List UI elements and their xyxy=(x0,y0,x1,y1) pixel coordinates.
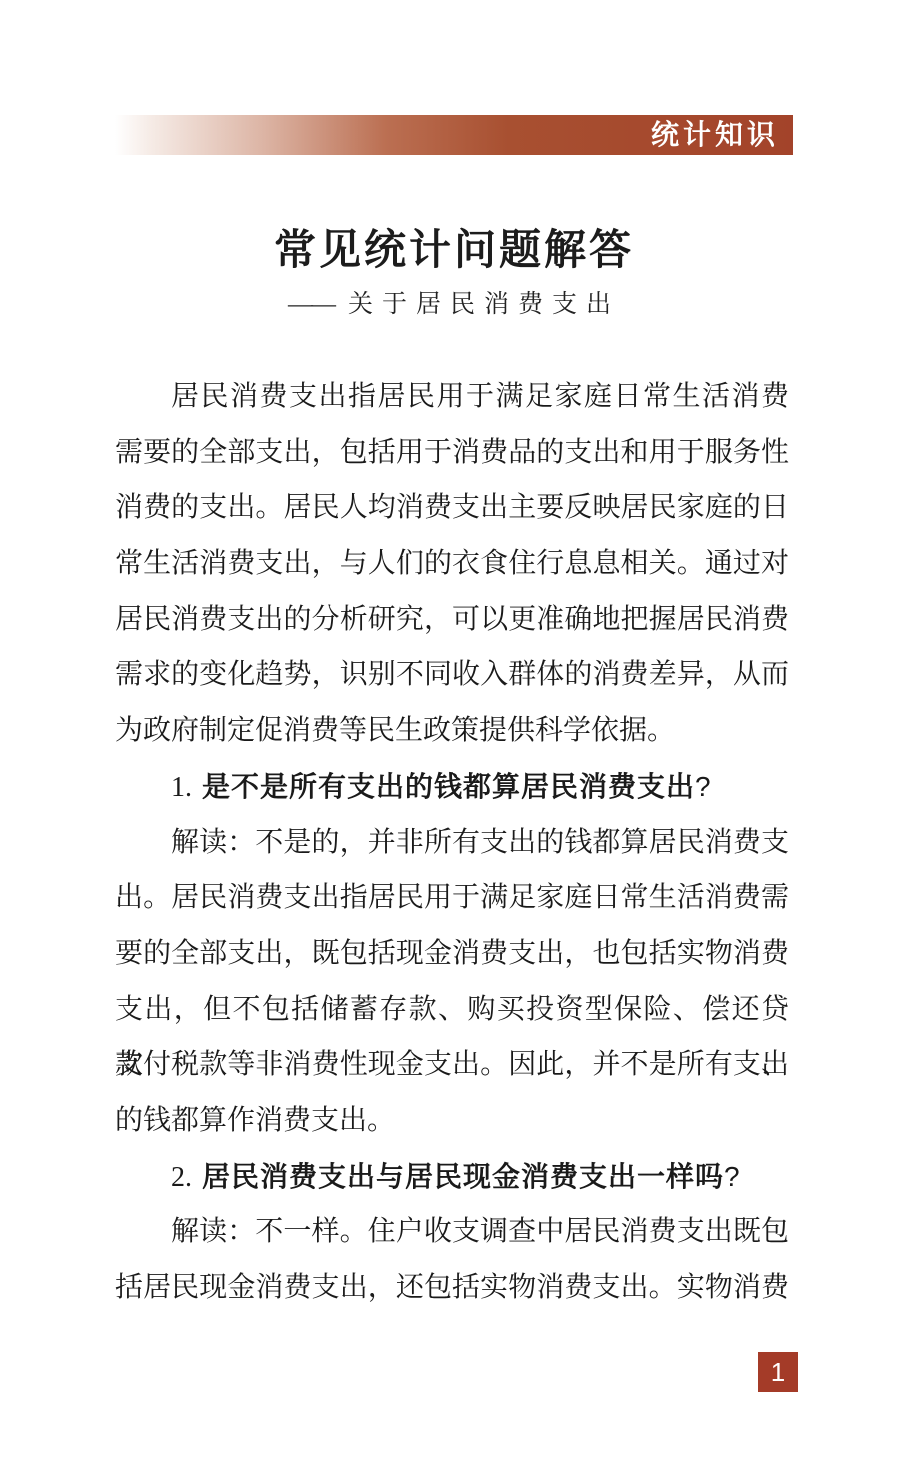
article-body: 居民消费支出指居民用于满足家庭日常生活消费 需要的全部支出，包括用于消费品的支出… xyxy=(115,369,789,1316)
question-mark: ? xyxy=(695,771,711,802)
paragraph-line: 居民消费支出指居民用于满足家庭日常生活消费 xyxy=(115,369,789,425)
paragraph-line: 需求的变化趋势，识别不同收入群体的消费差异，从而 xyxy=(115,647,789,703)
paragraph-line: 的钱都算作消费支出。 xyxy=(115,1093,789,1149)
header-banner: 统计知识 xyxy=(115,115,793,155)
paragraph-line: 常生活消费支出，与人们的衣食住行息息相关。通过对 xyxy=(115,536,789,592)
paragraph-line: 居民消费支出的分析研究，可以更准确地把握居民消费 xyxy=(115,592,789,648)
subtitle-text: 关于居民消费支出 xyxy=(348,291,620,318)
page-subtitle: ——关于居民消费支出 xyxy=(115,284,793,320)
page-number: 1 xyxy=(771,1357,785,1388)
question-text: 居民消费支出与居民现金消费支出一样吗 xyxy=(202,1161,724,1192)
question-heading-1: 1.是不是所有支出的钱都算居民消费支出? xyxy=(115,759,789,815)
question-text: 是不是所有支出的钱都算居民消费支出 xyxy=(202,771,695,802)
question-mark: ? xyxy=(724,1161,740,1192)
paragraph-line: 支付税款等非消费性现金支出。因此，并不是所有支出 xyxy=(115,1037,789,1093)
question-number: 1. xyxy=(171,772,192,803)
paragraph-line: 解读：不一样。住户收支调查中居民消费支出既包 xyxy=(115,1204,789,1260)
subtitle-dash: —— xyxy=(288,291,334,318)
paragraph-line: 要的全部支出，既包括现金消费支出，也包括实物消费 xyxy=(115,926,789,982)
paragraph-line: 为政府制定促消费等民生政策提供科学依据。 xyxy=(115,703,789,759)
paragraph-line: 消费的支出。居民人均消费支出主要反映居民家庭的日 xyxy=(115,480,789,536)
paragraph-line: 支出，但不包括储蓄存款、购买投资型保险、偿还贷款、 xyxy=(115,982,789,1038)
paragraph-line: 需要的全部支出，包括用于消费品的支出和用于服务性 xyxy=(115,425,789,481)
paragraph-line: 解读：不是的，并非所有支出的钱都算居民消费支 xyxy=(115,815,789,871)
page-number-badge: 1 xyxy=(758,1352,798,1392)
question-number: 2. xyxy=(171,1162,192,1193)
paragraph-line: 出。居民消费支出指居民用于满足家庭日常生活消费需 xyxy=(115,870,789,926)
paragraph-line: 括居民现金消费支出，还包括实物消费支出。实物消费 xyxy=(115,1260,789,1316)
banner-label: 统计知识 xyxy=(651,115,793,155)
page-title: 常见统计问题解答 xyxy=(115,217,793,277)
question-heading-2: 2.居民消费支出与居民现金消费支出一样吗? xyxy=(115,1149,789,1205)
document-page: 统计知识 常见统计问题解答 ——关于居民消费支出 居民消费支出指居民用于满足家庭… xyxy=(0,0,906,1457)
